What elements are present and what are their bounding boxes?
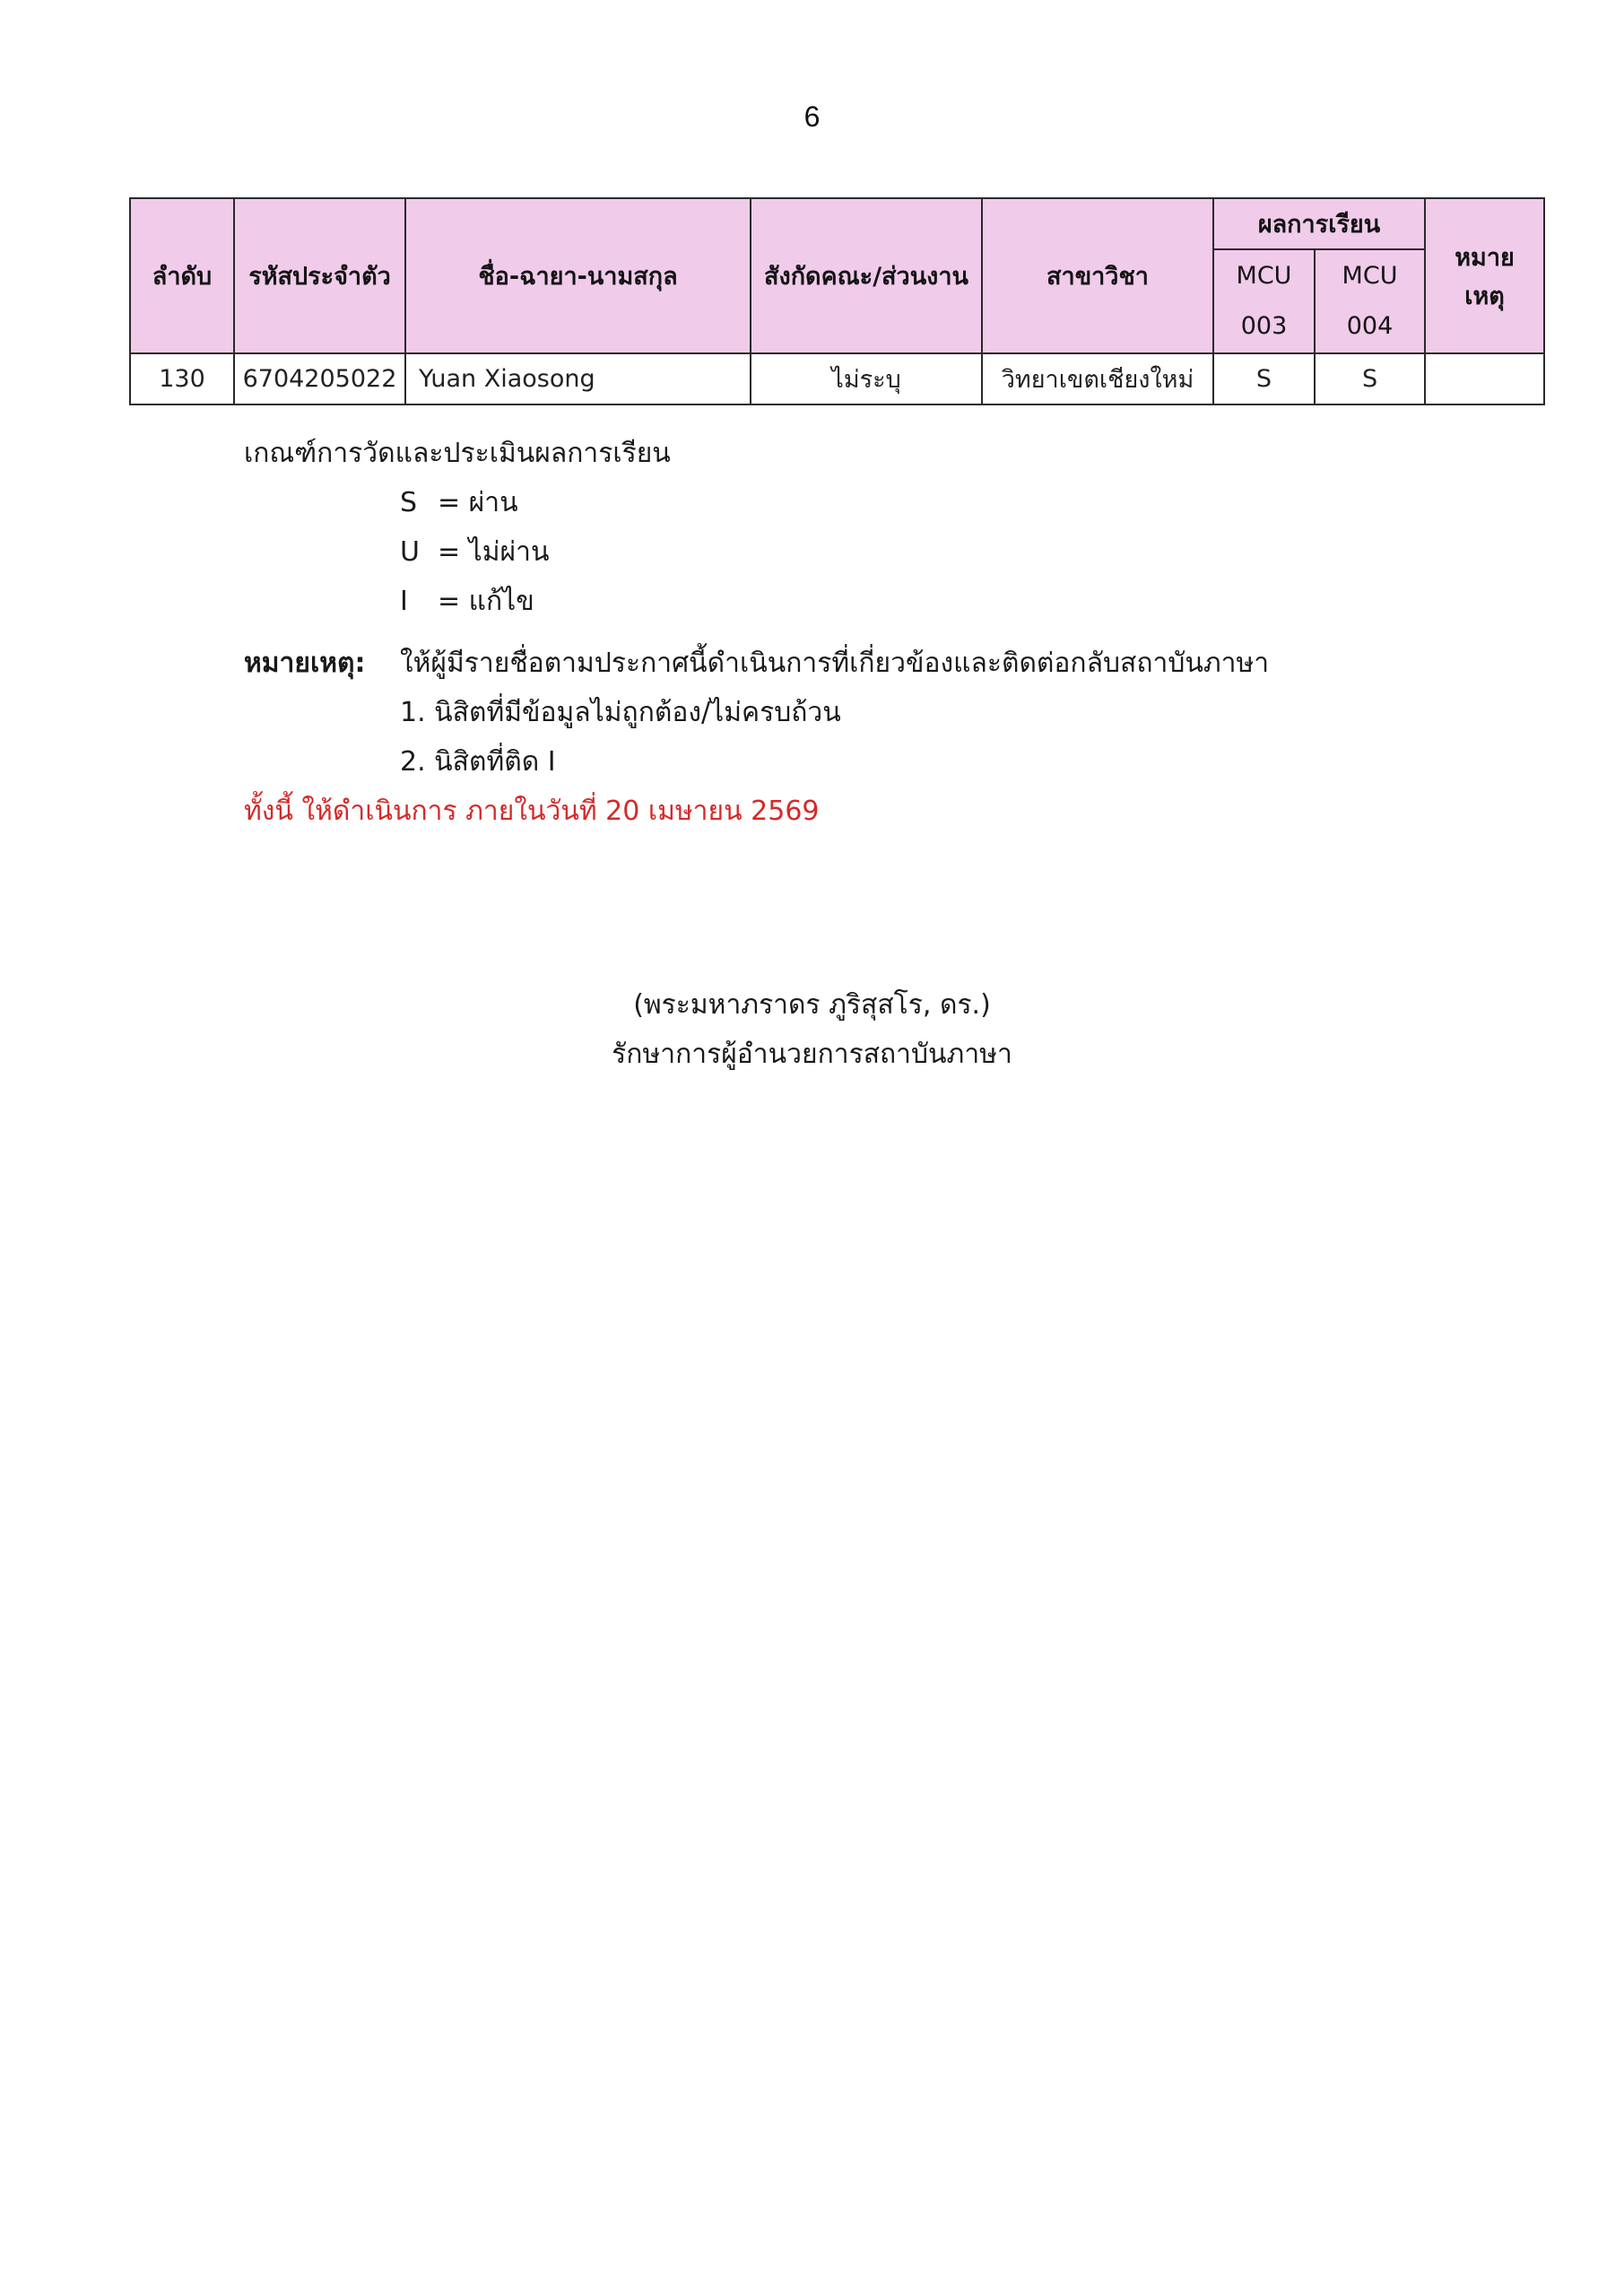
cell-faculty: ไม่ระบุ <box>751 353 982 404</box>
cell-order: 130 <box>130 353 234 404</box>
results-table: ลำดับ รหัสประจำตัว ชื่อ-ฉายา-นามสกุล สัง… <box>129 197 1545 405</box>
cell-mcu003-result: S <box>1213 353 1315 404</box>
criteria-item-u: U= ไม่ผ่าน <box>244 527 671 577</box>
remark-section: หมายเหตุ:ให้ผู้มีรายชื่อตามประกาศนี้ดำเน… <box>244 639 1269 836</box>
header-major: สาขาวิชา <box>982 198 1213 353</box>
criteria-item-s: S= ผ่าน <box>244 478 671 527</box>
cell-major: วิทยาเขตเชียงใหม่ <box>982 353 1213 404</box>
header-results-group: ผลการเรียน <box>1213 198 1425 249</box>
page-number: 6 <box>0 100 1624 134</box>
header-remark: หมาย เหตุ <box>1425 198 1544 353</box>
signatory-name: (พระมหาภราดร ภูริสุสโร, ดร.) <box>0 980 1624 1030</box>
grading-criteria: เกณฑ์การวัดและประเมินผลการเรียน S= ผ่าน … <box>244 429 671 626</box>
remark-item-1: 1. นิสิตที่มีข้อมูลไม่ถูกต้อง/ไม่ครบถ้วน <box>244 688 1269 737</box>
remark-label: หมายเหตุ: <box>244 639 400 688</box>
cell-remark <box>1425 353 1544 404</box>
criteria-code: I <box>400 577 438 626</box>
cell-name: Yuan Xiaosong <box>405 353 751 404</box>
signature-block: (พระมหาภราดร ภูริสุสโร, ดร.) รักษาการผู้… <box>0 980 1624 1079</box>
header-remark-line2: เหตุ <box>1431 276 1538 315</box>
header-course-code-prefix: MCU <box>1220 251 1308 301</box>
header-remark-line1: หมาย <box>1431 238 1538 276</box>
deadline-notice: ทั้งนี้ ให้ดำเนินการ ภายในวันที่ 20 เมษา… <box>244 787 1269 836</box>
cell-mcu004-result: S <box>1315 353 1425 404</box>
header-course-code-number: 003 <box>1220 301 1308 352</box>
header-student-id: รหัสประจำตัว <box>234 198 405 353</box>
criteria-code: U <box>400 527 438 577</box>
header-name: ชื่อ-ฉายา-นามสกุล <box>405 198 751 353</box>
table-row: 130 6704205022 Yuan Xiaosong ไม่ระบุ วิท… <box>130 353 1544 404</box>
remark-item-2: 2. นิสิตที่ติด I <box>244 737 1269 787</box>
remark-main-line: หมายเหตุ:ให้ผู้มีรายชื่อตามประกาศนี้ดำเน… <box>244 639 1269 688</box>
criteria-code: S <box>400 478 438 527</box>
cell-student-id: 6704205022 <box>234 353 405 404</box>
criteria-item-i: I= แก้ไข <box>244 577 671 626</box>
header-course-code-number: 004 <box>1321 301 1419 352</box>
criteria-meaning: = ผ่าน <box>438 487 518 518</box>
header-order: ลำดับ <box>130 198 234 353</box>
header-course-mcu004: MCU 004 <box>1315 249 1425 353</box>
criteria-meaning: = แก้ไข <box>438 586 534 617</box>
header-course-mcu003: MCU 003 <box>1213 249 1315 353</box>
header-course-code-prefix: MCU <box>1321 251 1419 301</box>
signatory-position: รักษาการผู้อำนวยการสถาบันภาษา <box>0 1030 1624 1079</box>
criteria-meaning: = ไม่ผ่าน <box>438 536 549 568</box>
header-faculty: สังกัดคณะ/ส่วนงาน <box>751 198 982 353</box>
remark-text: ให้ผู้มีรายชื่อตามประกาศนี้ดำเนินการที่เ… <box>400 648 1269 679</box>
criteria-title: เกณฑ์การวัดและประเมินผลการเรียน <box>244 429 671 478</box>
